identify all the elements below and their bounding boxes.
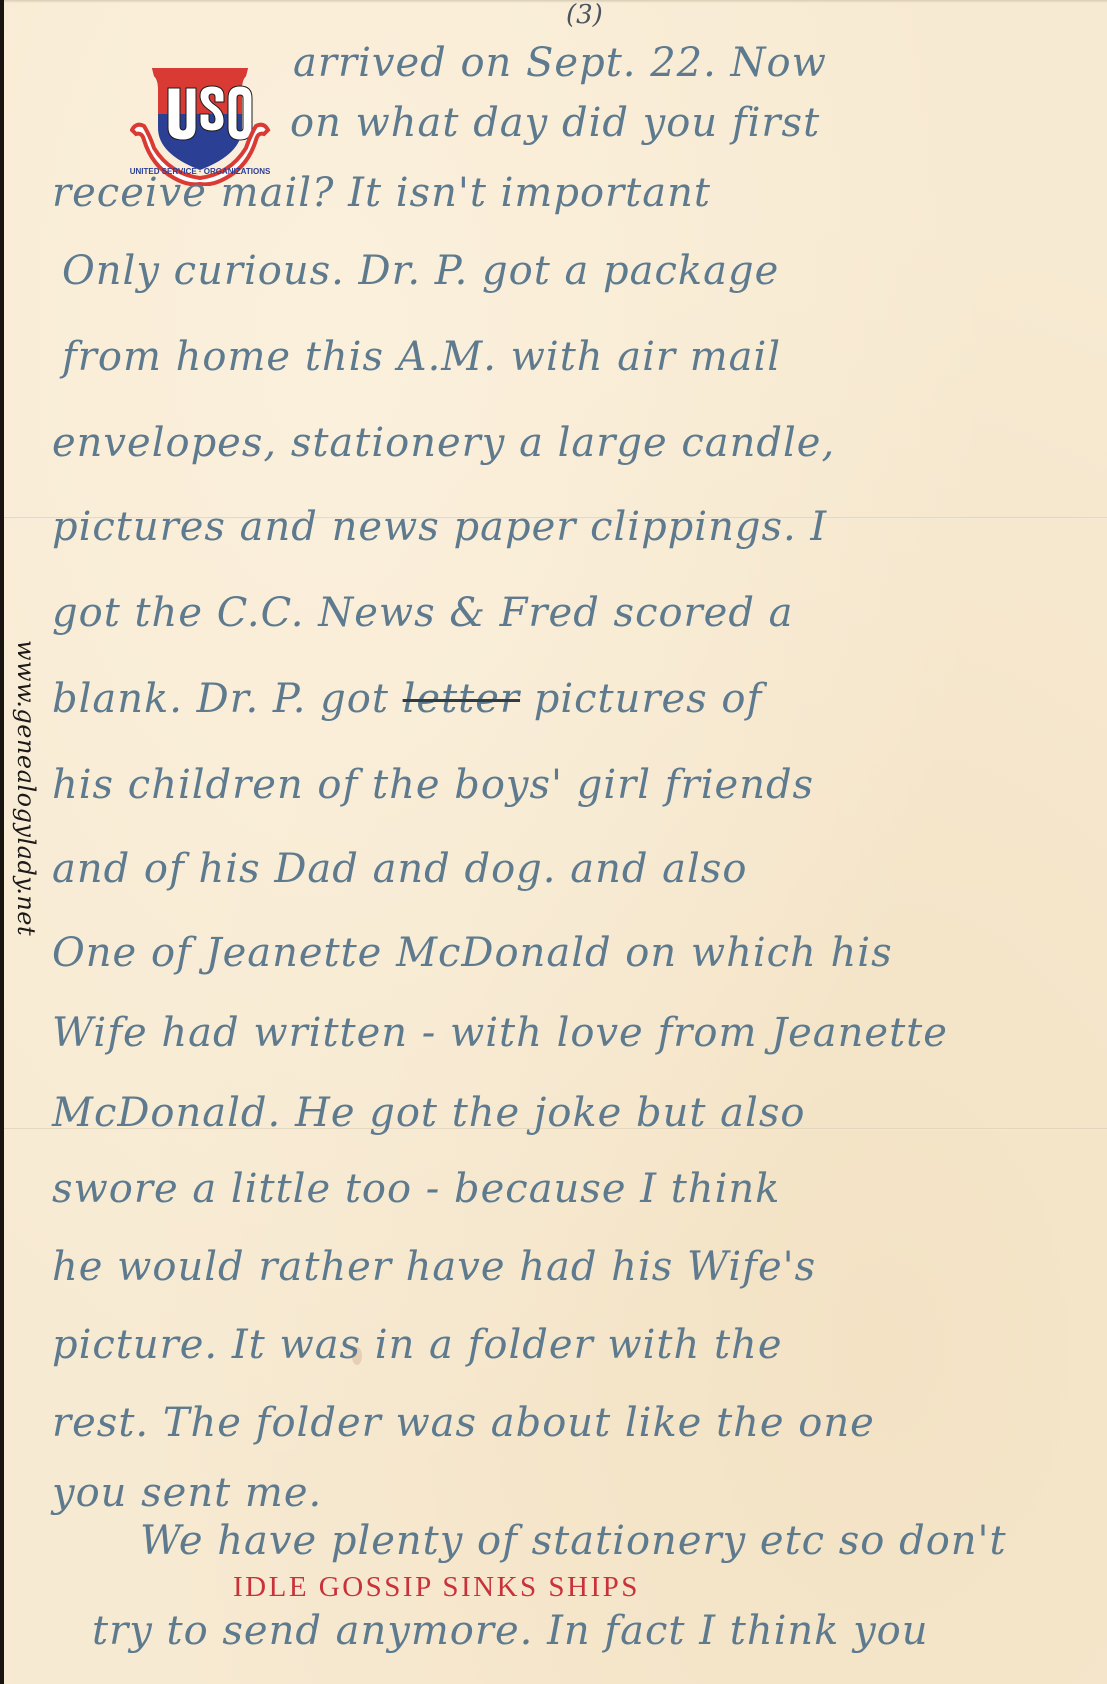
scan-left-edge xyxy=(0,0,4,1684)
letter-line-7: pictures and news paper clippings. I xyxy=(52,504,827,550)
uso-logo: UNITED SERVICE · ORGANIZATIONS xyxy=(130,66,300,186)
letter-line-3: receive mail? It isn't important xyxy=(52,170,711,216)
letter-line-15: swore a little too - because I think xyxy=(52,1166,780,1212)
letter-line-4: Only curious. Dr. P. got a package xyxy=(62,248,779,294)
letter-line-20: We have plenty of stationery etc so don'… xyxy=(140,1518,1007,1564)
letter-line-6: envelopes, stationery a large candle, xyxy=(52,420,835,466)
letter-line-1: arrived on Sept. 22. Now xyxy=(293,40,827,86)
letter-line-19: you sent me. xyxy=(52,1470,322,1516)
struck-word: letter xyxy=(403,676,520,722)
letter-line-21: try to send anymore. In fact I think you xyxy=(92,1608,929,1654)
page-number: (3) xyxy=(566,0,603,30)
letter-line-14: McDonald. He got the joke but also xyxy=(52,1090,805,1136)
uso-shield-icon: UNITED SERVICE · ORGANIZATIONS xyxy=(130,66,300,186)
letter-line-16: he would rather have had his Wife's xyxy=(52,1244,816,1290)
letter-line-8: got the C.C. News & Fred scored a xyxy=(52,590,794,636)
letter-line-17: picture. It was in a folder with the xyxy=(52,1322,783,1368)
line-text: blank. Dr. P. got xyxy=(52,676,389,722)
letter-line-10: his children of the boys' girl friends xyxy=(52,762,814,808)
watermark-url: www.genealogylady.net xyxy=(12,640,40,936)
footer-slogan: IDLE GOSSIP SINKS SHIPS xyxy=(233,1571,640,1604)
letter-line-12: One of Jeanette McDonald on which his xyxy=(52,930,893,976)
letter-line-11: and of his Dad and dog. and also xyxy=(52,846,747,892)
line-text-rest: pictures of xyxy=(534,676,763,722)
paper-top-edge xyxy=(0,0,1107,3)
letter-line-2: on what day did you first xyxy=(290,100,820,146)
letter-line-5: from home this A.M. with air mail xyxy=(62,334,781,380)
letter-line-18: rest. The folder was about like the one xyxy=(52,1400,875,1446)
letter-line-13: Wife had written - with love from Jeanet… xyxy=(52,1010,948,1056)
letter-line-9: blank. Dr. P. got letter pictures of xyxy=(52,676,762,722)
